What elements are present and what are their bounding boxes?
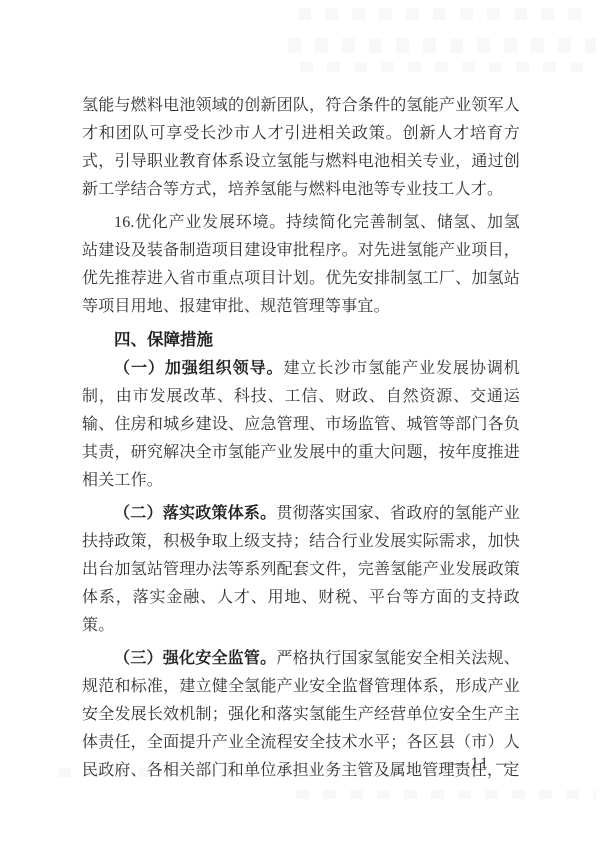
paragraph-item-16: 16.优化产业发展环境。持续简化完善制氢、储氢、加氢站建设及装备制造项目建设审批… [82, 209, 520, 321]
subsection-1-text: 建立长沙市氢能产业发展协调机制，由市发展改革、科技、工信、财政、自然资源、交通运… [82, 360, 520, 489]
page-number: — 11 — [447, 754, 514, 774]
scan-artifact [296, 790, 596, 799]
subsection-2-text: 贯彻落实国家、省政府的氢能产业扶持政策，积极争取上级支持；结合行业发展实际需求，… [82, 505, 520, 634]
section-heading: 四、保障措施 [82, 326, 520, 354]
subsection-1: （一）加强组织领导。建立长沙市氢能产业发展协调机制，由市发展改革、科技、工信、财… [82, 355, 520, 495]
paragraph-continuation: 氢能与燃料电池领域的创新团队，符合条件的氢能产业领军人才和团队可享受长沙市人才引… [82, 92, 520, 204]
document-page: 氢能与燃料电池领域的创新团队，符合条件的氢能产业领军人才和团队可享受长沙市人才引… [0, 0, 600, 848]
subsection-3-lead: （三）强化安全监管。 [114, 650, 276, 667]
subsection-2-lead: （二）落实政策体系。 [114, 505, 276, 522]
subsection-2: （二）落实政策体系。贯彻落实国家、省政府的氢能产业扶持政策，积极争取上级支持；结… [82, 500, 520, 640]
subsection-1-lead: （一）加强组织领导。 [114, 360, 283, 377]
scan-artifact [298, 8, 594, 20]
document-body: 氢能与燃料电池领域的创新团队，符合条件的氢能产业领军人才和团队可享受长沙市人才引… [82, 92, 520, 785]
scan-artifact [288, 38, 596, 53]
scan-artifact [300, 62, 596, 72]
